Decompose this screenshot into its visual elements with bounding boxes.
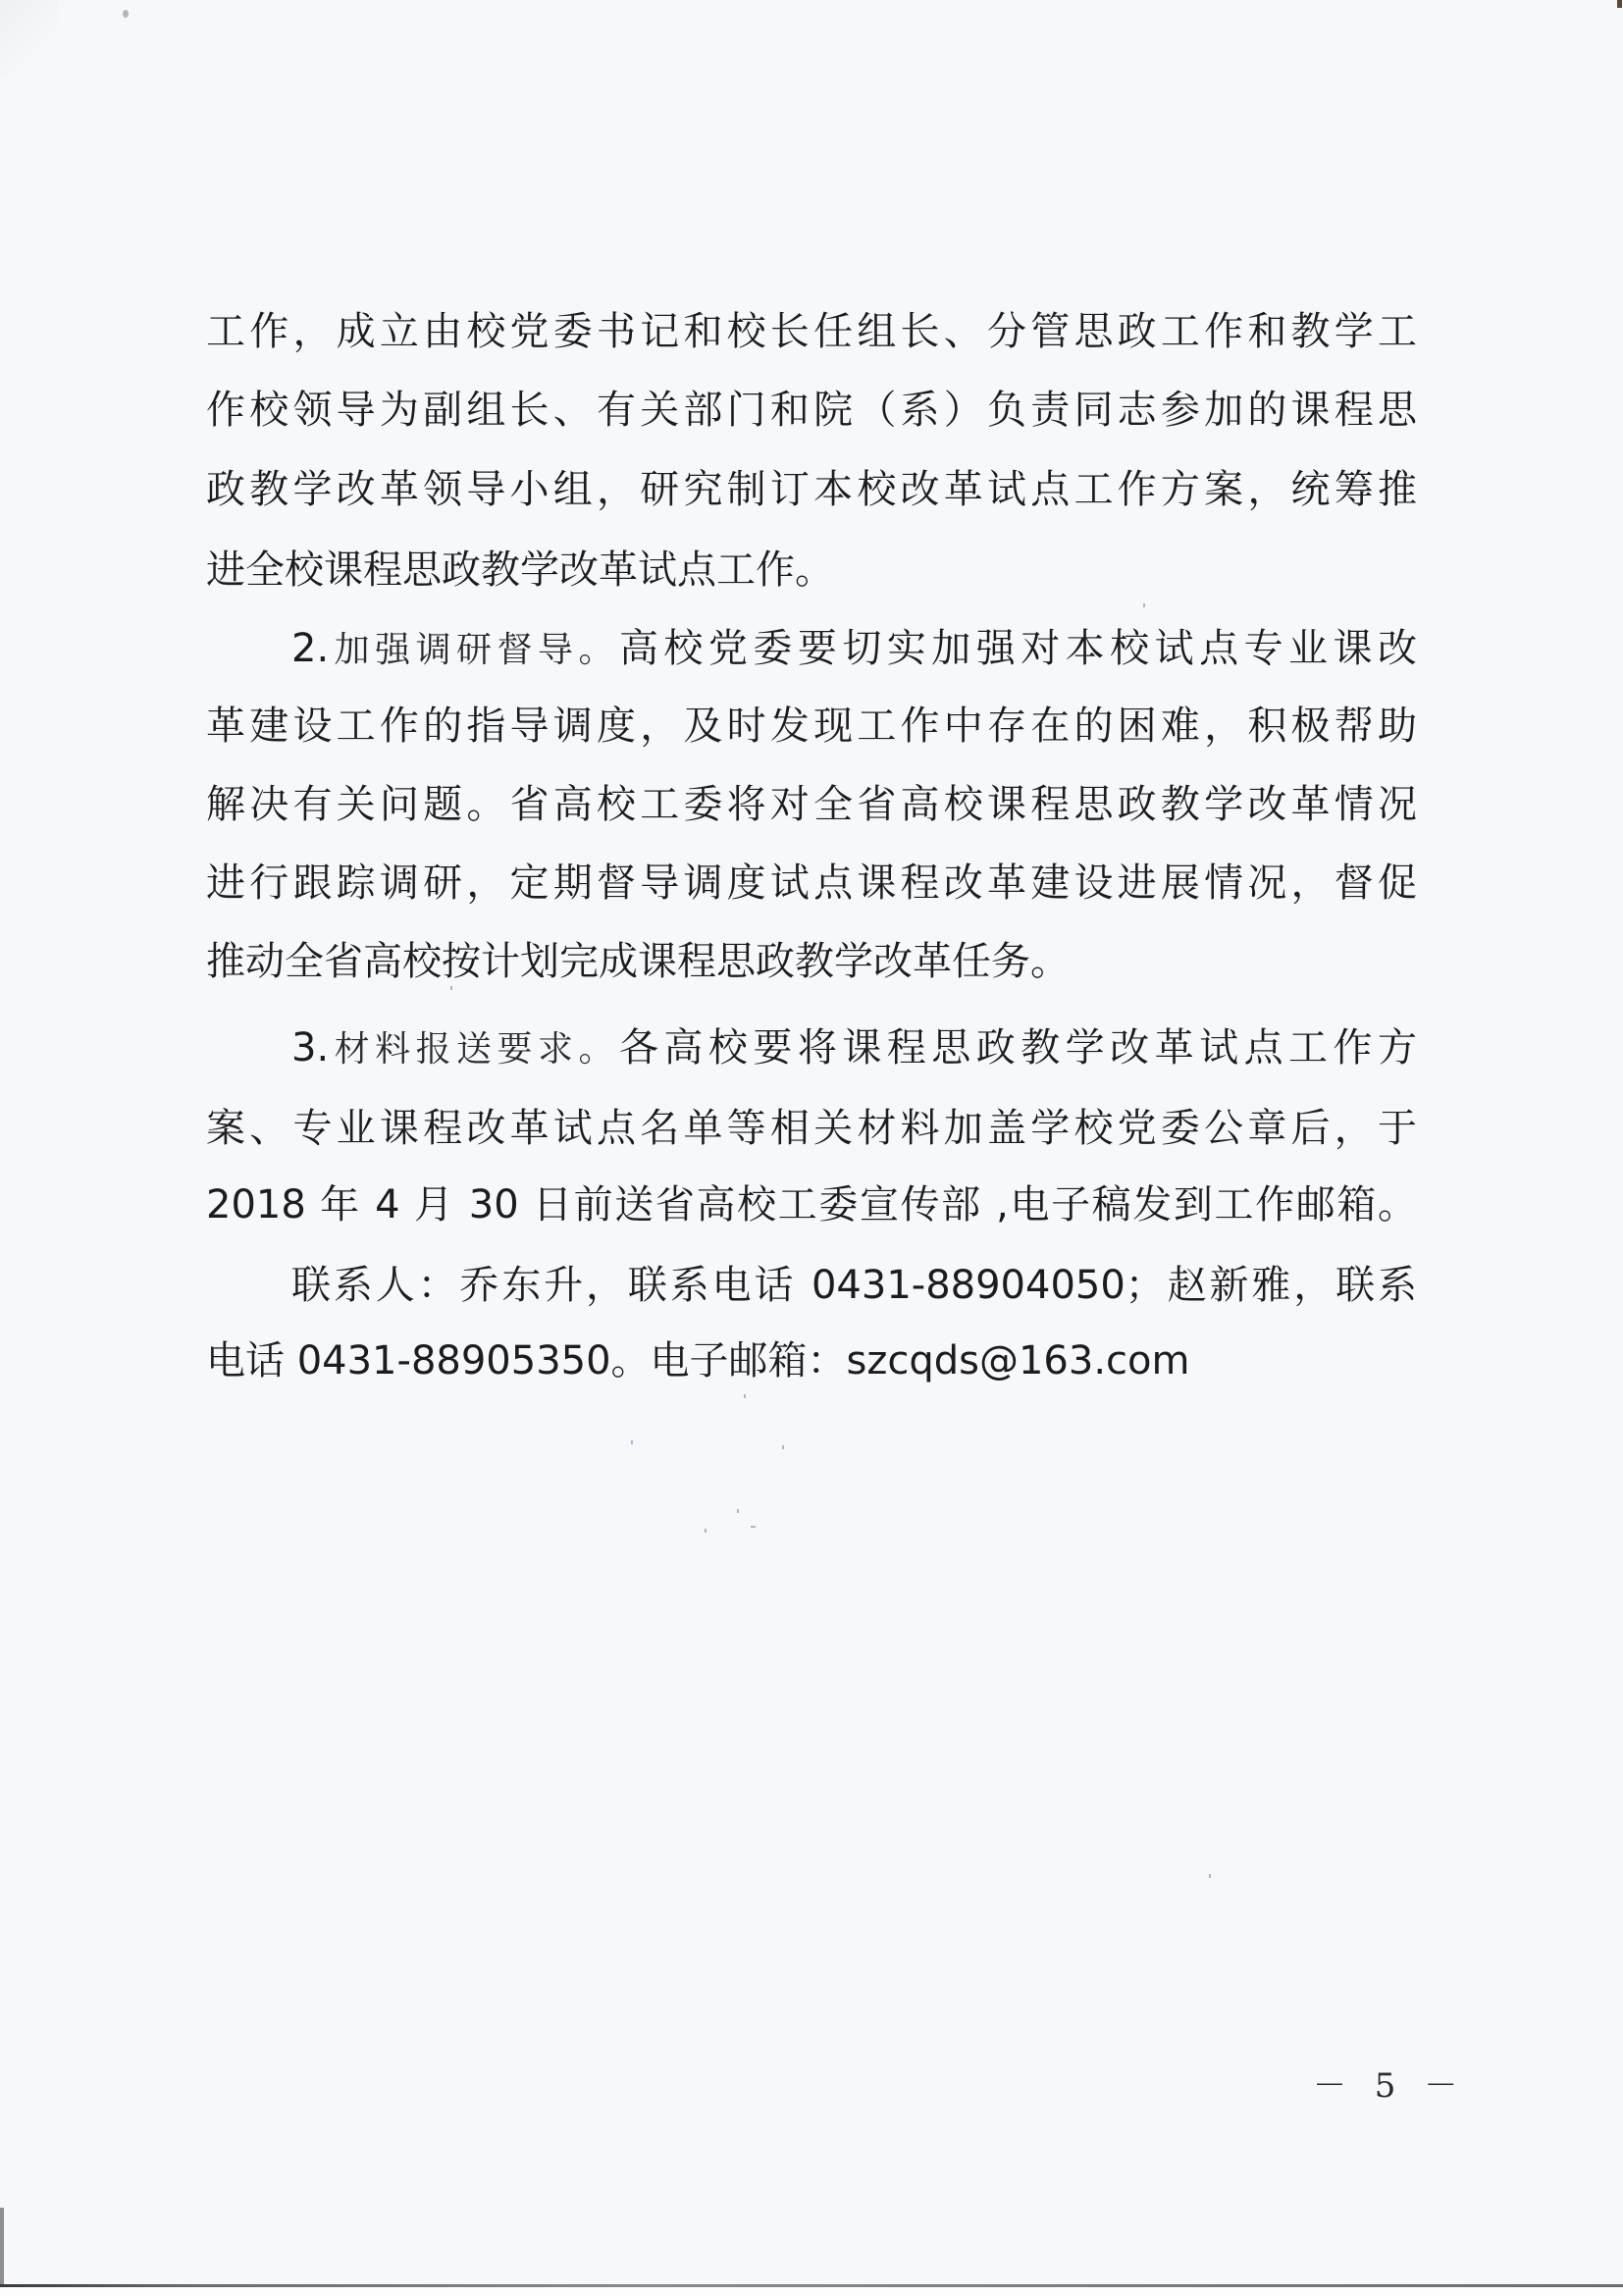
scan-speck [705, 1529, 707, 1533]
body-line: 推动全省高校按计划完成课程思政教学改革任务。 [206, 932, 1417, 991]
scan-speck [1143, 603, 1145, 607]
scan-speck [782, 1445, 784, 1449]
body-line: 解决有关问题。省高校工委将对全省高校课程思政教学改革情况 [206, 775, 1417, 834]
page-number: － 5 － [1313, 2059, 1459, 2107]
body-line: 工作，成立由校党委书记和校长任组长、分管思政工作和教学工 [206, 302, 1417, 361]
body-line: 2018 年 4 月 30 日前送省高校工委宣传部 ,电子稿发到工作邮箱。 [206, 1175, 1417, 1234]
body-line: 进行跟踪调研，定期督导调度试点课程改革建设进展情况，督促 [206, 854, 1417, 913]
body-line: 案、专业课程改革试点名单等相关材料加盖学校党委公章后，于 [206, 1099, 1417, 1158]
body-line: 作校领导为副组长、有关部门和院（系）负责同志参加的课程思 [206, 381, 1417, 440]
section-2-heading: 加强调研督导。 [329, 630, 619, 670]
section-2-first-line: 2.加强调研督导。高校党委要切实加强对本校试点专业课改 [291, 619, 1417, 678]
scan-speck [1209, 1874, 1211, 1878]
body-line: 革建设工作的指导调度，及时发现工作中存在的困难，积极帮助 [206, 697, 1417, 756]
section-2-number: 2. [291, 626, 329, 671]
scan-speck [751, 1526, 756, 1528]
contact-line-1: 联系人：乔东升，联系电话 0431-88904050；赵新雅，联系 [291, 1256, 1417, 1315]
body-line: 政教学改革领导小组，研究制订本校改革试点工作方案，统筹推 [206, 460, 1417, 519]
scan-edge-strip [0, 2208, 4, 2286]
scan-speck [744, 1394, 746, 1398]
section-3-heading: 材料报送要求。 [329, 1029, 619, 1070]
scan-edge-mark [1617, 0, 1622, 8]
scan-speck [123, 10, 129, 18]
contact-line-2: 电话 0431-88905350。电子邮箱：szcqds@163.com [206, 1331, 1417, 1390]
body-line: 进全校课程思政教学改革试点工作。 [206, 541, 1417, 600]
section-3-number: 3. [291, 1025, 329, 1070]
scan-bed-area [0, 2287, 1623, 2296]
scan-corner-shadow [0, 0, 59, 78]
scan-speck [631, 1440, 633, 1444]
section-2-text: 高校党委要切实加强对本校试点专业课改 [619, 626, 1417, 671]
scan-speck [737, 1509, 739, 1513]
scan-speck [450, 986, 452, 990]
section-3-text: 各高校要将课程思政教学改革试点工作方 [619, 1025, 1417, 1070]
section-3-first-line: 3.材料报送要求。各高校要将课程思政教学改革试点工作方 [291, 1018, 1417, 1077]
